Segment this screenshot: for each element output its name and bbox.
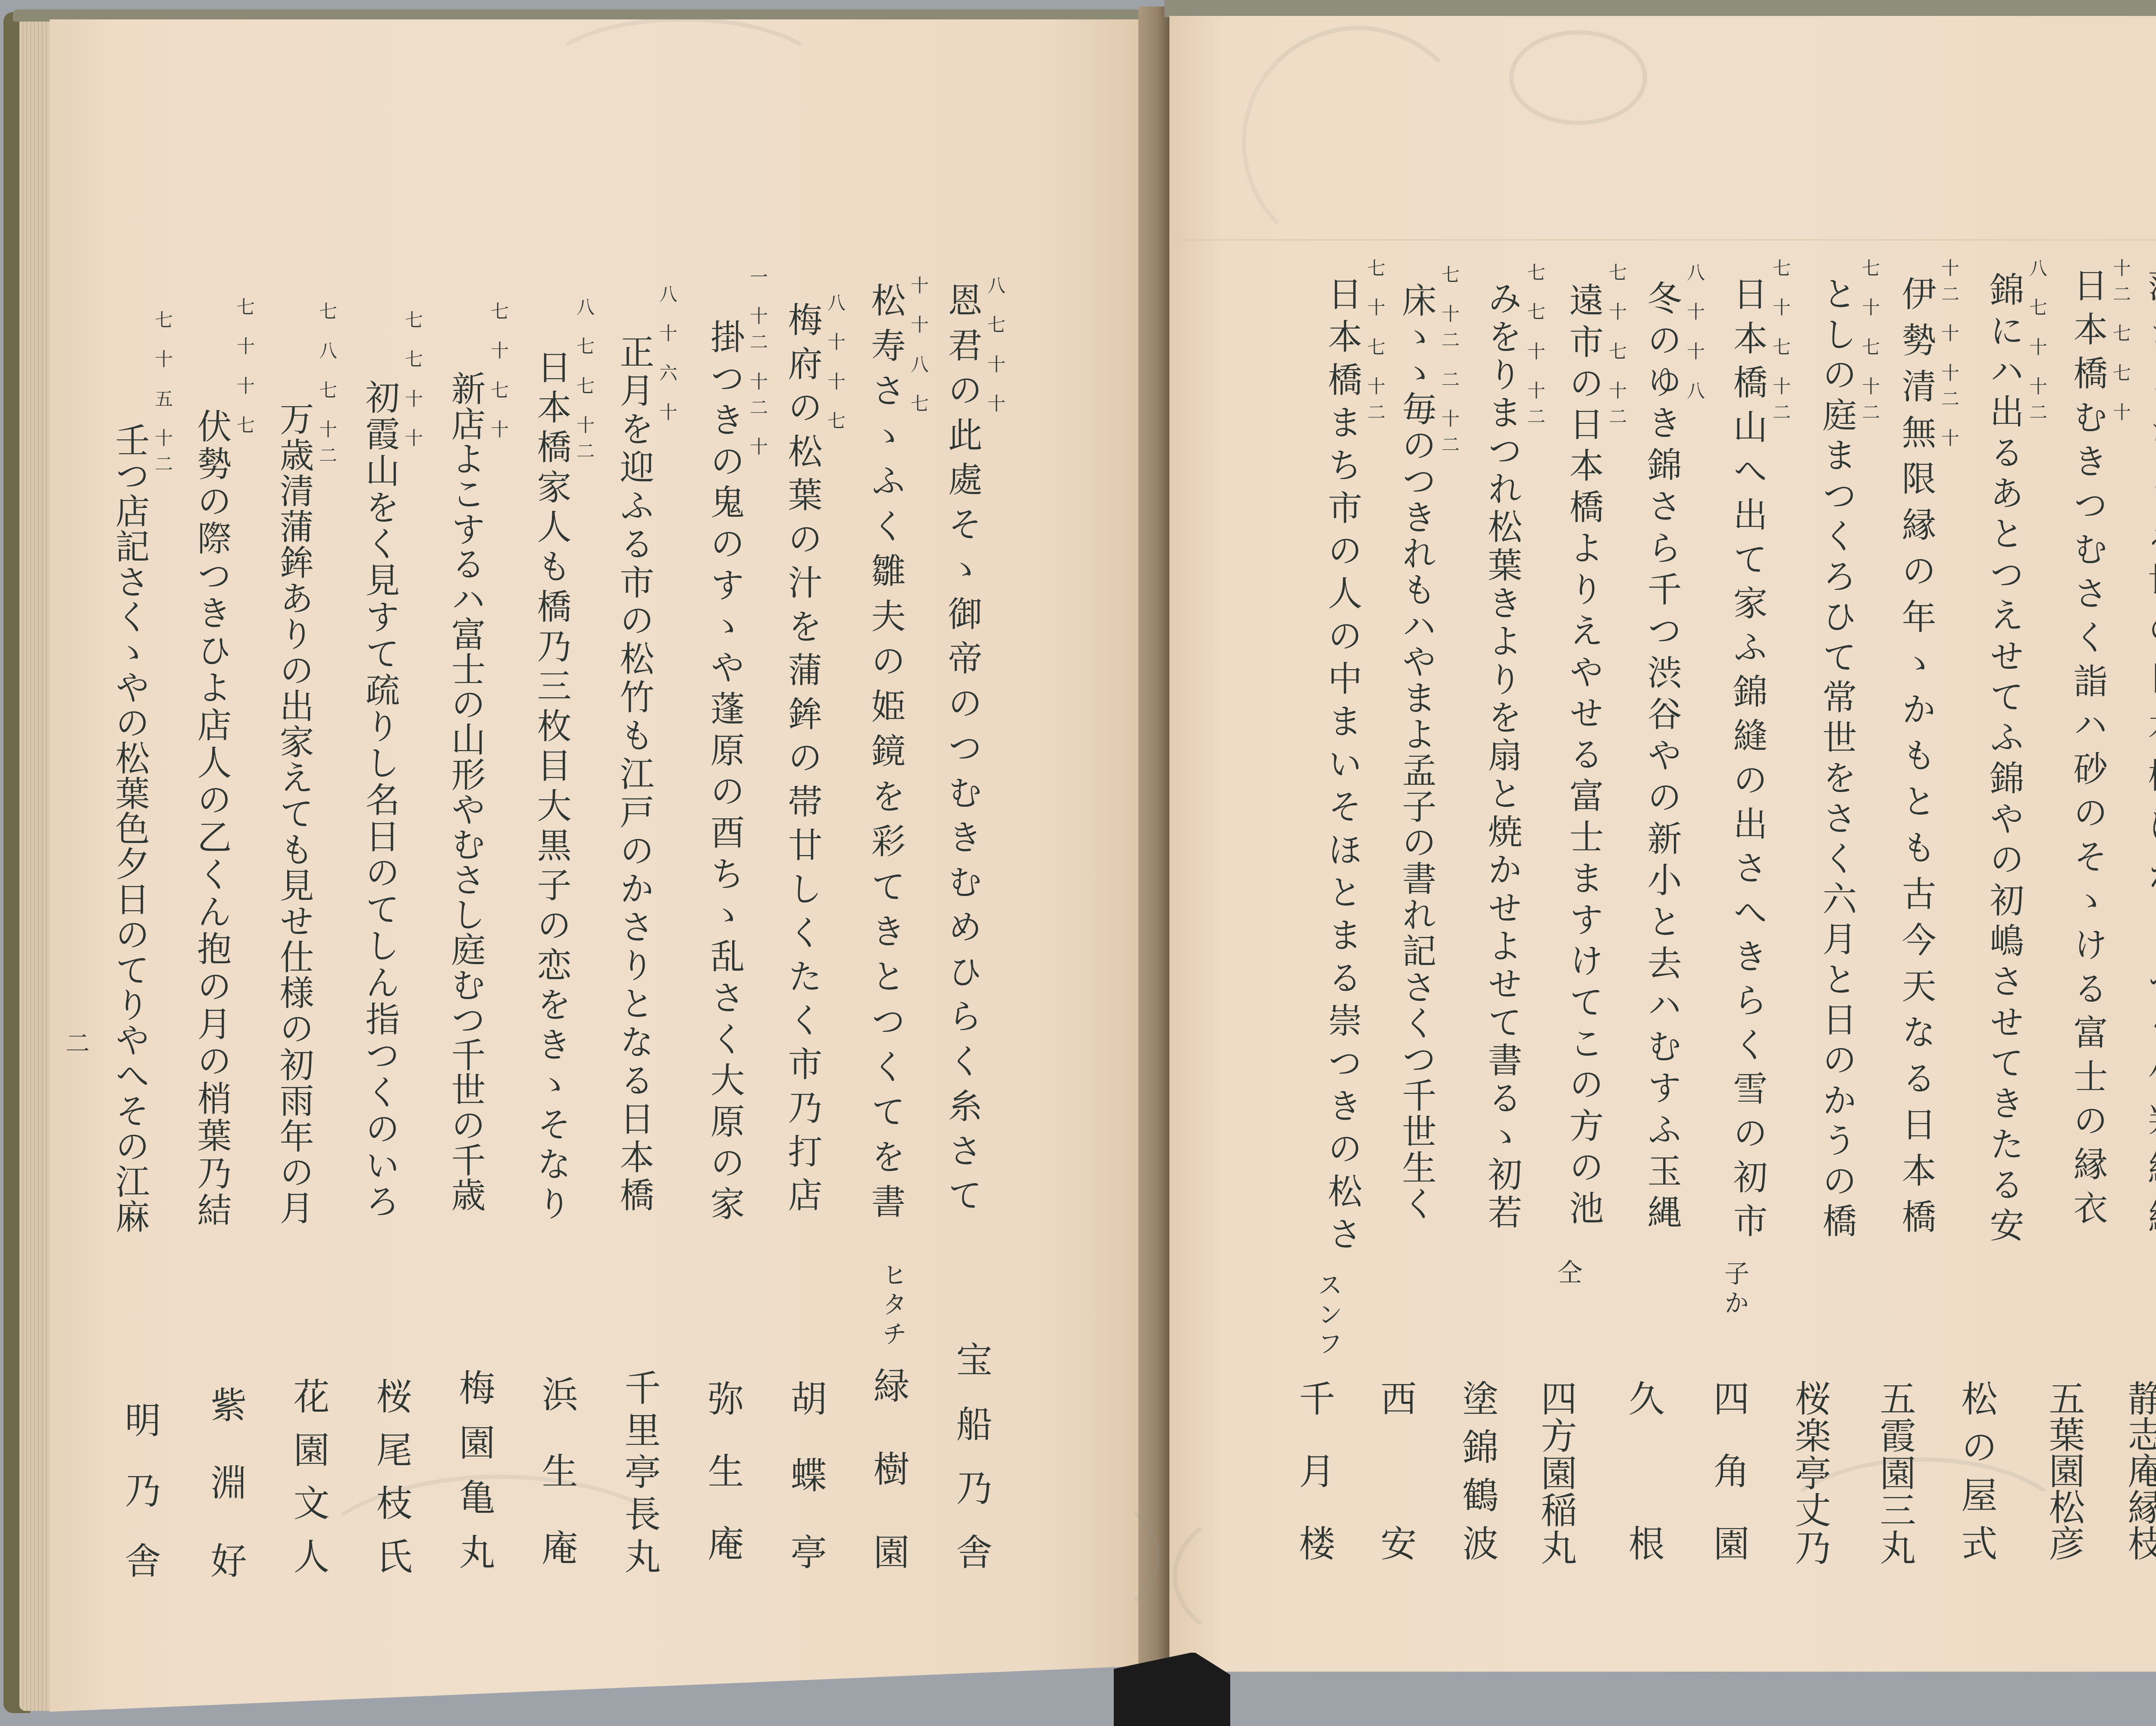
poem-author: 西安 <box>1374 1380 1417 1561</box>
poem-score-marks: 七 十 五 十二 <box>152 310 173 480</box>
poem-author: 松の屋式 <box>1955 1380 1998 1561</box>
poem-score-marks: 十二 七 七 十 <box>2110 259 2131 429</box>
poem-text: 遠市の日本橋よりえやせる富士ますけてこの方の池 <box>1562 282 1605 1225</box>
water-stain <box>970 1488 1160 1626</box>
poem-text: 床ゝゝ毎のつきれもハやまよ孟子の書れ記さくつ千世生く <box>1395 282 1438 1220</box>
poem-score-marks: 八 十 六 十 <box>656 285 678 429</box>
poem-author: 四方園稲丸 <box>1535 1380 1578 1565</box>
poem-text: 恩君の此處そゝ御帝のつむきむめひらく糸さて <box>940 282 984 1212</box>
poem-score-marks: 七 十 七 十二 <box>1364 259 1386 429</box>
poem-author: 桜楽亭丈乃 <box>1789 1380 1832 1565</box>
poem-author: 千月楼 <box>1293 1380 1336 1561</box>
poem-text: 松寿さゝふく雛夫の姫鏡を彩てきとつくてを書 <box>864 282 907 1218</box>
poem-text: 錦にハ出るあとつえせてふ錦やの初嶋させてきたる安 <box>1982 272 2025 1242</box>
poem-province-note: スンフ <box>1313 1272 1343 1360</box>
poem-text: 落さらさらゑ世の日本橋にかゝふる小判紙綴 <box>2140 267 2156 1233</box>
poem-author: 浜生庵 <box>536 1375 579 1565</box>
poem-score-marks: 八 七 七 十二 <box>573 298 595 467</box>
poem-score-marks: 八 七 十 十 <box>984 276 1006 420</box>
poem-author: 塗錦鶴波 <box>1456 1380 1499 1561</box>
poem-score-marks: 七 十 七 十二 <box>1859 259 1880 429</box>
poem-score-marks: 八 十 十 七 <box>824 293 846 437</box>
water-stain <box>539 17 828 138</box>
poem-text: 日本橋まち市の人の中まいそほとまる崇つきの松さ <box>1320 276 1363 1250</box>
poem-score-marks: 八 十 十 八 <box>1684 263 1705 407</box>
poem-author: 静志庵縁枝 <box>2122 1380 2156 1561</box>
left-page-stack-edge <box>19 16 52 1711</box>
poem-score-marks: 七 八 七 十二 <box>316 302 338 472</box>
poem-author: 明乃舎 <box>119 1401 162 1578</box>
poem-score-marks: 七 七 十 十二 <box>1524 263 1546 433</box>
poem-author: 梅園亀丸 <box>453 1369 496 1569</box>
poem-score-marks: 七 七 十 十 <box>402 310 423 454</box>
poem-score-marks: 七 十二 二 十二 <box>1438 265 1460 461</box>
poem-text: 日本橋家人も橋乃三枚目大黒子の恋をきゝそなり <box>530 349 573 1220</box>
poem-text: 正月を迎ふる市の松竹も江戸のかさりとなる日本橋 <box>612 334 655 1212</box>
poem-score-marks: 八 七 十 十二 <box>2026 259 2048 429</box>
poem-text: 日本橋むきつむさく詣ハ砂のそゝける富士の縁衣 <box>2066 267 2109 1225</box>
poem-author: 弥生庵 <box>702 1380 745 1561</box>
poem-text: 冬のゆき錦さら千つ渋谷やの新小と去ハむすふ玉縄 <box>1640 280 1683 1229</box>
poem-text: 掛つきの鬼のすゝや蓬原の酉ちゝ乱さく大原の家 <box>703 319 746 1220</box>
poem-province-note: 子か <box>1720 1260 1750 1319</box>
poem-province-note: ヒタチ <box>877 1262 908 1350</box>
poem-author: 宝船乃舎 <box>950 1341 993 1569</box>
poem-text: 伊勢清無限縁の年ゝかもとも古今天なる日本橋 <box>1894 276 1937 1233</box>
water-stain <box>1173 1500 1388 1651</box>
poem-text: 伏勢の際つきひよ店人の乙くん抱の月の梢葉乃結 <box>190 408 233 1227</box>
poem-score-marks: 七 十 十 七 <box>234 298 255 442</box>
poem-score-marks: 七 十 七 十 <box>488 302 509 446</box>
poem-author: 五霞園三丸 <box>1874 1380 1917 1565</box>
book-gutter <box>1138 6 1169 1666</box>
poem-score-marks: 七 十 七 十二 <box>1606 263 1627 433</box>
poem-text: 壬つ店記さくゝやの松葉色夕日のてりやへその江麻 <box>108 423 151 1233</box>
poem-text: みをりまつれ松葉きよりを扇と焼かせよせて書るゝ初若 <box>1480 280 1523 1229</box>
poem-text: 万歳清蒲鉾ありの出家えても見せ仕様の初雨年の月 <box>272 401 315 1225</box>
poem-author: 花園文人 <box>287 1378 330 1574</box>
poem-score-marks: 十 十 八 七 <box>908 276 929 420</box>
poem-author: 緑樹園 <box>867 1367 910 1569</box>
poem-author: 四角園 <box>1707 1380 1750 1561</box>
poem-author: 胡蝶亭 <box>784 1380 827 1569</box>
poem-text: 新店よこするハ富士の山形やむさし庭むつ千世の千歳 <box>444 371 487 1212</box>
water-stain <box>1509 30 1647 125</box>
poem-score-marks: 一 十二 十二 十 <box>747 267 768 463</box>
poem-text: 梅府の松葉の汁を蒲鉾の帯廿しくたく市乃打店 <box>780 302 824 1212</box>
poem-author: 千里亭長丸 <box>618 1369 661 1574</box>
poem-score-marks: 十二 十 十二 十 <box>1938 259 1960 454</box>
right-top-edge <box>1164 0 2156 17</box>
poem-text: 初霞山をく見すて疏りし名日のてしん指つくのいろ <box>358 379 401 1218</box>
poem-author: 五葉園松彦 <box>2043 1380 2086 1561</box>
poem-author: 桜尾枝氏 <box>370 1378 413 1574</box>
poem-author: 紫淵好 <box>204 1386 248 1578</box>
left-margin-page-number: 二 <box>58 1031 93 1055</box>
poem-province-note: 仝 <box>1553 1259 1583 1288</box>
poem-score-marks: 七 十 七 十二 <box>1770 259 1791 429</box>
water-stain <box>1242 26 1475 259</box>
poem-text: としの庭まつくろひて常世をさく六月と日のかうの橋 <box>1815 276 1858 1237</box>
poem-text: 日本橋山へ出て家ふ錦縫の出さへきらく雪の初市 <box>1726 276 1769 1237</box>
poem-author: 久根 <box>1622 1380 1665 1561</box>
